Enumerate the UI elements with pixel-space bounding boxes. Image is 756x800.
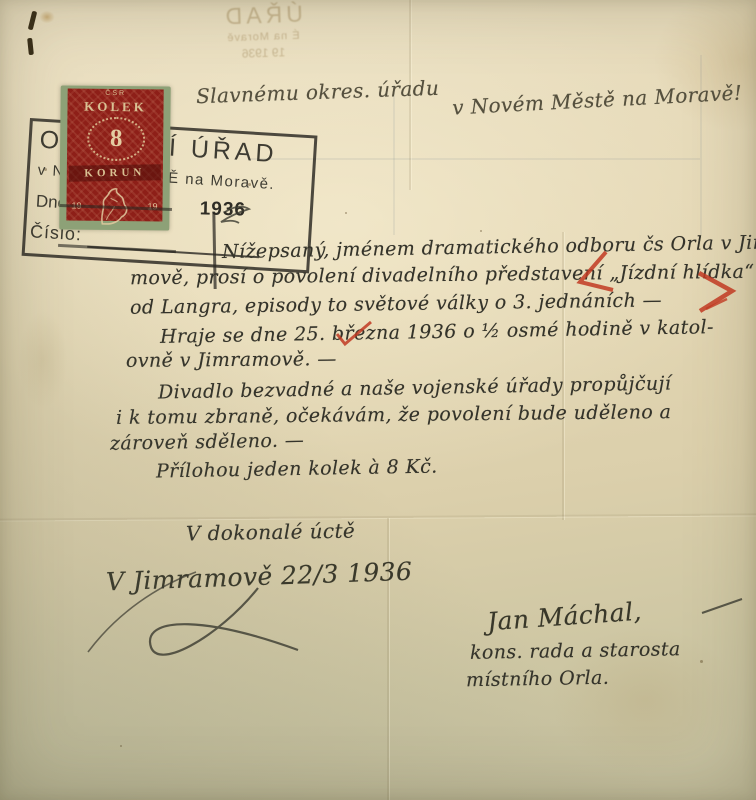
- bleedthrough-line2: É na Moravě: [178, 28, 348, 46]
- body-line-8: zároveň sděleno. —: [110, 429, 305, 454]
- received-stamp-year: 1936: [199, 198, 246, 221]
- body-line-9: Přílohou jeden kolek à 8 Kč.: [156, 456, 438, 483]
- bleed-line-horizontal: [250, 158, 700, 160]
- body-line-4: Hraje se dne 25. března 1936 o ½ osmé ho…: [160, 316, 714, 348]
- bleedthrough-line3: 19 1936: [178, 43, 348, 63]
- body-line-5: ovně v Jimramově. —: [126, 348, 337, 372]
- bleed-line-vertical-2: [393, 85, 395, 235]
- revenue-stamp-face: ČSR KOLEK 8 KORUN 19 19: [66, 89, 163, 222]
- closing-phrase: V dokonalé úctě: [186, 519, 356, 546]
- red-tick: [706, 299, 727, 309]
- paper-speck: [345, 212, 347, 214]
- dateline: V Jimramově 22/3 1936: [106, 557, 413, 597]
- paper-speck: [480, 230, 482, 232]
- revenue-stamp-value-oval: 8: [87, 117, 145, 162]
- document-page: ÚŘAD É na Moravě 19 1936 Slavnému okres.…: [0, 0, 756, 800]
- stain-left-middle: [8, 290, 78, 430]
- revenue-stamp-country: ČSR: [68, 90, 164, 98]
- staple-mark-top: [28, 11, 37, 31]
- signature-title-1: kons. rada a starosta: [470, 638, 681, 664]
- signature-title-2: místního Orla.: [466, 667, 610, 691]
- paper-speck: [608, 95, 611, 98]
- bleedthrough-stamp: ÚŘAD É na Moravě 19 1936: [177, 0, 349, 77]
- staple-mark-bottom: [27, 38, 33, 55]
- stain-staple-rust: [36, 8, 58, 26]
- revenue-stamp-title: KOLEK: [67, 99, 163, 116]
- paper-speck: [120, 745, 122, 747]
- paper-speck: [700, 660, 703, 663]
- signature-name: Jan Máchal,: [486, 597, 642, 637]
- revenue-stamp-denomination: KORUN: [69, 164, 161, 181]
- addressee-office: Slavnému okres. úřadu: [196, 76, 440, 108]
- revenue-stamp-value: 8: [110, 125, 123, 153]
- bleedthrough-line1: ÚŘAD: [177, 0, 348, 32]
- body-line-7: i k tomu zbraně, očekávám, že povolení b…: [116, 401, 671, 429]
- crease-horizontal: [0, 513, 756, 520]
- body-line-3: od Langra, episody to světové války o 3.…: [130, 289, 662, 318]
- body-line-6: Divadlo bezvadné a naše vojenské úřady p…: [158, 373, 672, 404]
- addressee-town: v Novém Městě na Moravě!: [452, 80, 743, 119]
